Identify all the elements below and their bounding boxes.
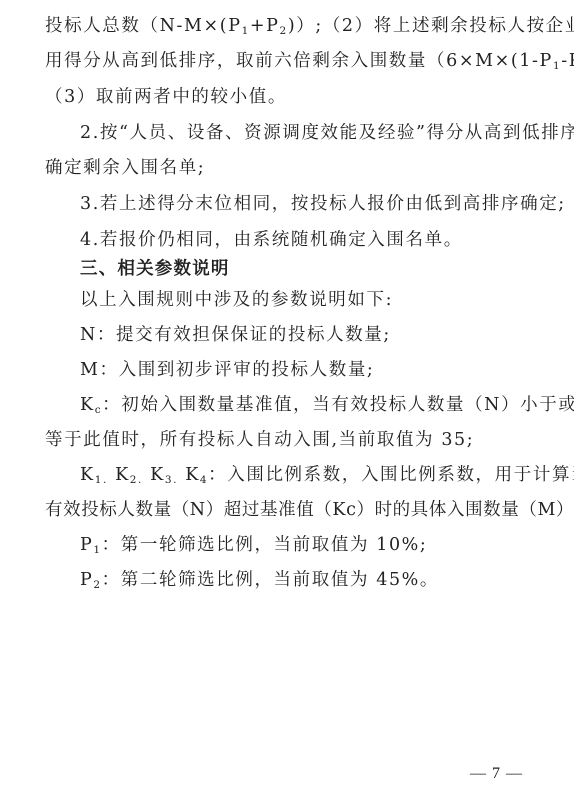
- param-m: M：入围到初步评审的投标人数量;: [80, 359, 537, 381]
- list-item-3: 3.若上述得分末位相同，按投标人报价由低到高排序确定;: [80, 193, 537, 215]
- text-run: 投标人总数（N-M×(P: [45, 16, 242, 36]
- list-item-2: 2.按“人员、设备、资源调度效能及经验”得分从高到低排序，: [80, 122, 537, 144]
- text-run: ：入围比例系数，入围比例系数，用于计算当: [208, 465, 574, 485]
- param-k-coefficients: K1. K2. K3. K4：入围比例系数，入围比例系数，用于计算当: [80, 464, 537, 486]
- section-heading: 三、相关参数说明: [80, 258, 537, 280]
- paragraph-line: 用得分从高到低排序，取前六倍剩余入围数量（6×M×(1-P1-P2)）;: [45, 50, 537, 72]
- list-item-4: 4.若报价仍相同，由系统随机确定入围名单。: [80, 229, 537, 251]
- text-run: K: [80, 465, 95, 485]
- text-run: K: [108, 465, 130, 485]
- text-run: P: [80, 535, 93, 555]
- text-run: ：第一轮筛选比例，当前取值为 10%;: [102, 535, 428, 555]
- param-kc: Kc：初始入围数量基准值，当有效投标人数量（N）小于或: [80, 394, 537, 416]
- subscript: 1.: [95, 474, 108, 486]
- paragraph-line: 等于此值时，所有投标人自动入围,当前取值为 35;: [45, 429, 537, 451]
- text-run: ：初始入围数量基准值，当有效投标人数量（N）小于或: [102, 395, 574, 415]
- text-run: +P: [250, 16, 280, 36]
- paragraph-line: 有效投标人数量（N）超过基准值（Kc）时的具体入围数量（M）;: [45, 499, 537, 521]
- paragraph-line: 以上入围规则中涉及的参数说明如下:: [80, 289, 537, 311]
- document-page: 投标人总数（N-M×(P1+P2)）;（2）将上述剩余投标人按企业信 用得分从高…: [0, 0, 574, 786]
- subscript: 1: [242, 25, 250, 37]
- subscript: 1: [553, 60, 561, 72]
- subscript: 1: [93, 544, 101, 556]
- subscript: 2.: [130, 474, 143, 486]
- paragraph-line: （3）取前两者中的较小值。: [45, 86, 537, 108]
- subscript: 3.: [165, 474, 178, 486]
- text-run: K: [80, 395, 95, 415]
- subscript: 2: [280, 25, 288, 37]
- subscript: 4: [200, 474, 208, 486]
- param-p2: P2：第二轮筛选比例，当前取值为 45%。: [80, 569, 537, 591]
- page-number: — 7 —: [470, 764, 523, 784]
- text-run: -P: [561, 51, 574, 71]
- text-run: K: [178, 465, 200, 485]
- paragraph-line: 投标人总数（N-M×(P1+P2)）;（2）将上述剩余投标人按企业信: [45, 15, 537, 37]
- text-run: P: [80, 570, 93, 590]
- text-run: 用得分从高到低排序，取前六倍剩余入围数量（6×M×(1-P: [45, 51, 553, 71]
- text-run: K: [143, 465, 165, 485]
- param-p1: P1：第一轮筛选比例，当前取值为 10%;: [80, 534, 537, 556]
- text-run: )）;（2）将上述剩余投标人按企业信: [288, 16, 574, 36]
- param-n: N：提交有效担保保证的投标人数量;: [80, 324, 537, 346]
- text-run: ：第二轮筛选比例，当前取值为 45%。: [102, 570, 439, 590]
- paragraph-line: 确定剩余入围名单;: [45, 157, 537, 179]
- subscript: 2: [93, 579, 101, 591]
